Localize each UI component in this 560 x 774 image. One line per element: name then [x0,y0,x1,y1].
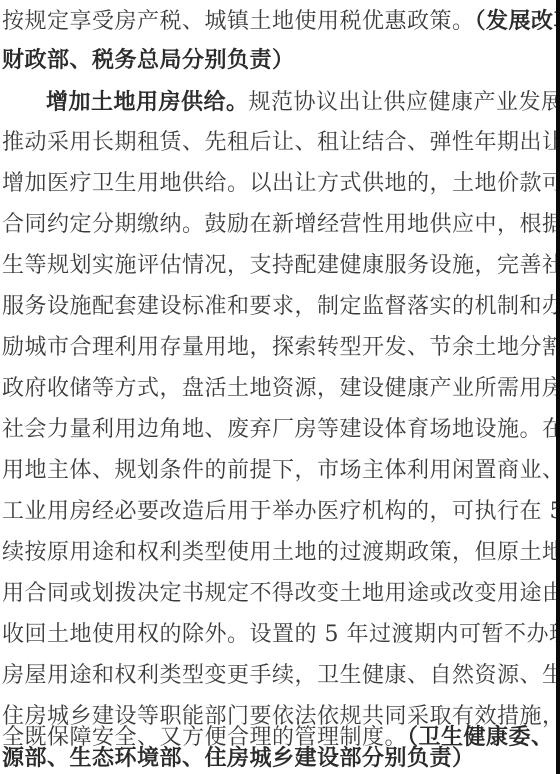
body-text: 增加医疗卫生用地供给。以出让方式供地的，土地价款可以按照 [2,171,560,196]
text-line: 财政部、税务总局分别负责） [2,41,295,81]
body-text: 生等规划实施评估情况，支持配建健康服务设施，完善社区健康 [2,253,560,278]
body-text: 按规定享受房产税、城镇土地使用税优惠政策。 [2,9,475,34]
body-text: 服务设施配套建设标准和要求，制定监督落实的机制和办法。鼓 [2,294,560,319]
body-text: 房屋用途和权利类型变更手续，卫生健康、自然资源、生态环境、 [2,663,560,688]
body-text: 推动采用长期租赁、先租后让、租让结合、弹性年期出让等方式， [2,130,560,155]
body-text: 收回土地使用权的除外。设置的 5 年过渡期内可暂不办理土地、 [2,622,560,647]
body-text: 工业用房经必要改造后用于举办医疗机构的，可执行在 5 年内继 [2,499,560,524]
text-line: 用地主体、规划条件的前提下，市场主体利用闲置商业、办公、 [2,451,560,491]
text-line: 源部、生态环境部、住房城乡建设部分别负责） [2,739,475,774]
text-line: 生等规划实施评估情况，支持配建健康服务设施，完善社区健康 [2,246,560,286]
page-edge-border [556,0,560,774]
body-text: 合同约定分期缴纳。鼓励在新增经营性用地供应中，根据区域卫 [2,212,560,237]
body-text: 社会力量利用边角地、废弃厂房等建设体育场地设施。在不改变 [2,417,560,442]
text-line: 房屋用途和权利类型变更手续，卫生健康、自然资源、生态环境、 [2,656,560,696]
text-line: 工业用房经必要改造后用于举办医疗机构的，可执行在 5 年内继 [2,492,560,532]
text-line: 服务设施配套建设标准和要求，制定监督落实的机制和办法。鼓 [2,287,560,327]
text-line: 收回土地使用权的除外。设置的 5 年过渡期内可暂不办理土地、 [2,615,560,655]
document-page: 按规定享受房产税、城镇土地使用税优惠政策。（发展改革委、 财政部、税务总局分别负… [0,0,556,774]
text-line: 政府收储等方式，盘活土地资源，建设健康产业所需用房。支持 [2,369,560,409]
responsible-departments: （发展改革委、 [475,9,560,34]
text-line: 合同约定分期缴纳。鼓励在新增经营性用地供应中，根据区域卫 [2,205,560,245]
text-line: 励城市合理利用存量用地，探索转型开发、节余土地分割转让、 [2,328,560,368]
text-line: 增加土地用房供给。规范协议出让供应健康产业发展用地， [2,82,560,122]
text-line: 推动采用长期租赁、先租后让、租让结合、弹性年期出让等方式， [2,123,560,163]
body-text: 用合同或划拨决定书规定不得改变土地用途或改变用途由政府 [2,581,560,606]
body-text: 续按原用途和权利类型使用土地的过渡期政策，但原土地有偿使 [2,540,560,565]
section-heading: 增加土地用房供给。 [46,89,249,115]
body-text: 规范协议出让供应健康产业发展用地， [249,90,560,115]
text-line: 增加医疗卫生用地供给。以出让方式供地的，土地价款可以按照 [2,164,560,204]
text-line: 用合同或划拨决定书规定不得改变土地用途或改变用途由政府 [2,574,560,614]
responsible-departments: 财政部、税务总局分别负责） [2,48,295,73]
body-text: 励城市合理利用存量用地，探索转型开发、节余土地分割转让、 [2,335,560,360]
text-line: 续按原用途和权利类型使用土地的过渡期政策，但原土地有偿使 [2,533,560,573]
responsible-departments: 源部、生态环境部、住房城乡建设部分别负责） [2,746,475,771]
body-text: 用地主体、规划条件的前提下，市场主体利用闲置商业、办公、 [2,458,560,483]
text-line: 社会力量利用边角地、废弃厂房等建设体育场地设施。在不改变 [2,410,560,450]
text-line: 按规定享受房产税、城镇土地使用税优惠政策。（发展改革委、 [2,2,560,42]
body-text: 政府收储等方式，盘活土地资源，建设健康产业所需用房。支持 [2,376,560,401]
